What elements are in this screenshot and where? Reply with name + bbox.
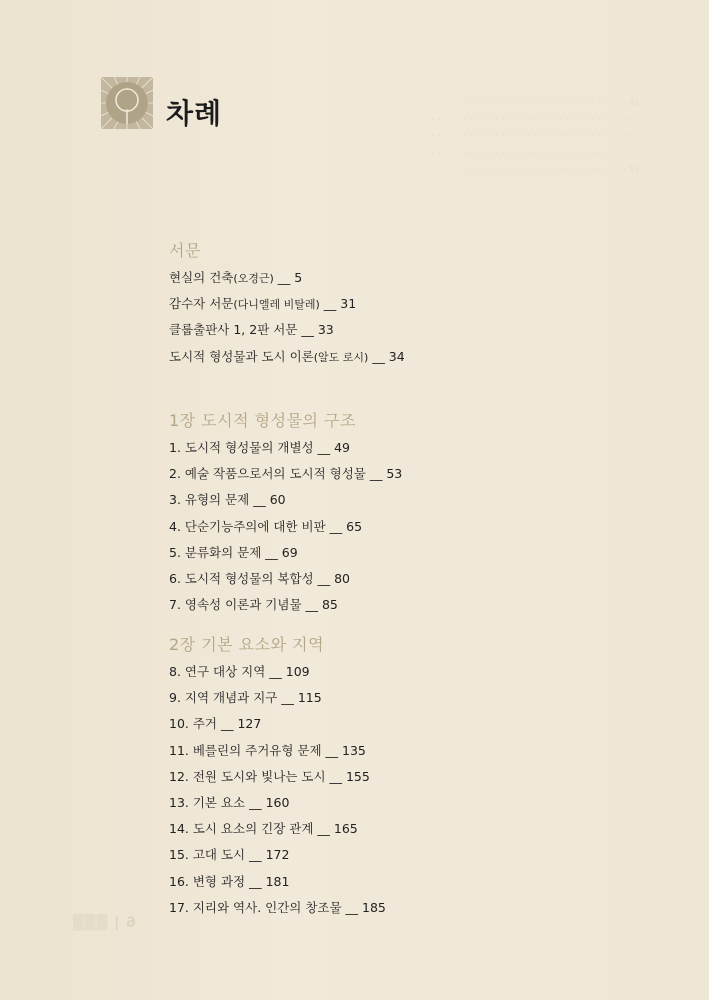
toc-entry-page-number: 34 <box>389 349 405 364</box>
toc-entry[interactable]: 3. 유형의 문제 __ 60 <box>169 490 286 508</box>
toc-page: 16 · · · · · · · · · · · · · · · · · · ·… <box>0 0 709 1000</box>
toc-entry-title: 5. 분류화의 문제 <box>169 545 261 560</box>
toc-entry-page-number: 181 <box>266 874 290 889</box>
toc-entry-title: 2. 예술 작품으로서의 도시적 형성물 <box>169 466 366 481</box>
toc-entry-page-number: 53 <box>386 466 402 481</box>
toc-entry-title: 11. 베를린의 주거유형 문제 <box>169 743 322 758</box>
toc-entry-separator: __ <box>277 690 297 705</box>
toc-entry[interactable]: 도시적 형성물과 도시 이론(알도 로시) __ 34 <box>169 347 405 365</box>
toc-entry-separator: __ <box>261 545 281 560</box>
toc-entry-separator: __ <box>366 466 386 481</box>
toc-entry-separator: __ <box>368 349 388 364</box>
toc-entry-page-number: 115 <box>298 690 322 705</box>
toc-entry-page-number: 155 <box>346 769 370 784</box>
toc-entry-title: 13. 기본 요소 <box>169 795 245 810</box>
toc-entry[interactable]: 16. 변형 과정 __ 181 <box>169 872 289 890</box>
toc-entry-page-number: 33 <box>318 322 334 337</box>
toc-entry-author: (알도 로시) <box>314 351 369 364</box>
toc-entry-page-number: 49 <box>334 440 350 455</box>
toc-entry-title: 클룹출판사 1, 2판 서문 <box>169 322 297 337</box>
toc-entry-page-number: 127 <box>237 716 261 731</box>
toc-entry-separator: __ <box>245 874 265 889</box>
toc-entry[interactable]: 7. 영속성 이론과 기념물 __ 85 <box>169 595 338 613</box>
toc-entry-title: 8. 연구 대상 지역 <box>169 664 265 679</box>
toc-entry-page-number: 85 <box>322 597 338 612</box>
reverse-page-number-ghost: 6 | ▒▒▒ <box>72 915 136 931</box>
toc-entry-page-number: 165 <box>334 821 358 836</box>
toc-entry[interactable]: 4. 단순기능주의에 대한 비판 __ 65 <box>169 517 362 535</box>
toc-entry[interactable]: 9. 지역 개념과 지구 __ 115 <box>169 688 322 706</box>
toc-entry[interactable]: 15. 고대 도시 __ 172 <box>169 845 289 863</box>
toc-entry-page-number: 69 <box>282 545 298 560</box>
toc-entry[interactable]: 2. 예술 작품으로서의 도시적 형성물 __ 53 <box>169 464 402 482</box>
toc-entry-separator: __ <box>326 519 346 534</box>
toc-entry-separator: __ <box>217 716 237 731</box>
toc-entry-title: 6. 도시적 형성물의 복합성 <box>169 571 314 586</box>
toc-entry-title: 1. 도시적 형성물의 개별성 <box>169 440 314 455</box>
toc-entry-separator: __ <box>249 492 269 507</box>
toc-entry-separator: __ <box>326 769 346 784</box>
toc-entry-separator: __ <box>320 296 340 311</box>
toc-entry-page-number: 65 <box>346 519 362 534</box>
toc-entry-title: 14. 도시 요소의 긴장 관계 <box>169 821 313 836</box>
toc-entry[interactable]: 클룹출판사 1, 2판 서문 __ 33 <box>169 320 334 338</box>
toc-entry-separator: __ <box>245 847 265 862</box>
toc-entry-page-number: 109 <box>286 664 310 679</box>
toc-entry[interactable]: 1. 도시적 형성물의 개별성 __ 49 <box>169 438 350 456</box>
toc-entry-separator: __ <box>313 821 333 836</box>
toc-entry-title: 도시적 형성물과 도시 이론 <box>169 349 314 364</box>
toc-entry-page-number: 135 <box>342 743 366 758</box>
toc-entry[interactable]: 11. 베를린의 주거유형 문제 __ 135 <box>169 741 366 759</box>
toc-entry[interactable]: 현실의 건축(오경근) __ 5 <box>169 268 302 286</box>
section-heading: 2장 기본 요소와 지역 <box>169 632 324 655</box>
toc-entry-separator: __ <box>265 664 285 679</box>
toc-entry[interactable]: 14. 도시 요소의 긴장 관계 __ 165 <box>169 819 358 837</box>
toc-entry-page-number: 185 <box>362 900 386 915</box>
toc-entry-separator: __ <box>245 795 265 810</box>
circle-keyhole-emblem-icon <box>101 77 153 129</box>
toc-entry-separator: __ <box>314 571 334 586</box>
toc-entry-title: 17. 지리와 역사. 인간의 창조물 <box>169 900 342 915</box>
toc-entry-title: 현실의 건축 <box>169 270 233 285</box>
toc-entry[interactable]: 감수자 서문(다니엘레 비탈레) __ 31 <box>169 294 356 312</box>
toc-entry[interactable]: 8. 연구 대상 지역 __ 109 <box>169 662 310 680</box>
toc-entry-title: 9. 지역 개념과 지구 <box>169 690 277 705</box>
toc-entry-page-number: 5 <box>294 270 302 285</box>
toc-entry-author: (다니엘레 비탈레) <box>233 298 319 311</box>
page-title: 차례 <box>166 92 222 132</box>
section-heading: 서문 <box>169 238 201 261</box>
toc-entry-page-number: 31 <box>340 296 356 311</box>
toc-entry-title: 4. 단순기능주의에 대한 비판 <box>169 519 326 534</box>
toc-entry-title: 7. 영속성 이론과 기념물 <box>169 597 302 612</box>
toc-entry-page-number: 172 <box>266 847 290 862</box>
toc-entry[interactable]: 17. 지리와 역사. 인간의 창조물 __ 185 <box>169 898 386 916</box>
toc-entry-separator: __ <box>314 440 334 455</box>
toc-entry-title: 감수자 서문 <box>169 296 233 311</box>
toc-entry[interactable]: 13. 기본 요소 __ 160 <box>169 793 289 811</box>
toc-entry-separator: __ <box>342 900 362 915</box>
toc-entry-page-number: 60 <box>270 492 286 507</box>
toc-entry-title: 10. 주거 <box>169 716 217 731</box>
toc-entry-title: 16. 변형 과정 <box>169 874 245 889</box>
toc-entry-separator: __ <box>302 597 322 612</box>
toc-entry-title: 15. 고대 도시 <box>169 847 245 862</box>
toc-entry-title: 12. 전원 도시와 빛나는 도시 <box>169 769 326 784</box>
toc-entry-separator: __ <box>274 270 294 285</box>
toc-entry-separator: __ <box>322 743 342 758</box>
toc-entry-page-number: 80 <box>334 571 350 586</box>
toc-entry[interactable]: 12. 전원 도시와 빛나는 도시 __ 155 <box>169 767 370 785</box>
toc-entry[interactable]: 5. 분류화의 문제 __ 69 <box>169 543 298 561</box>
toc-entry-separator: __ <box>297 322 317 337</box>
toc-entry[interactable]: 6. 도시적 형성물의 복합성 __ 80 <box>169 569 350 587</box>
toc-entry-author: (오경근) <box>233 272 273 285</box>
toc-entry-page-number: 160 <box>266 795 290 810</box>
toc-entry-title: 3. 유형의 문제 <box>169 492 249 507</box>
section-heading: 1장 도시적 형성물의 구조 <box>169 408 356 431</box>
toc-entry[interactable]: 10. 주거 __ 127 <box>169 714 261 732</box>
